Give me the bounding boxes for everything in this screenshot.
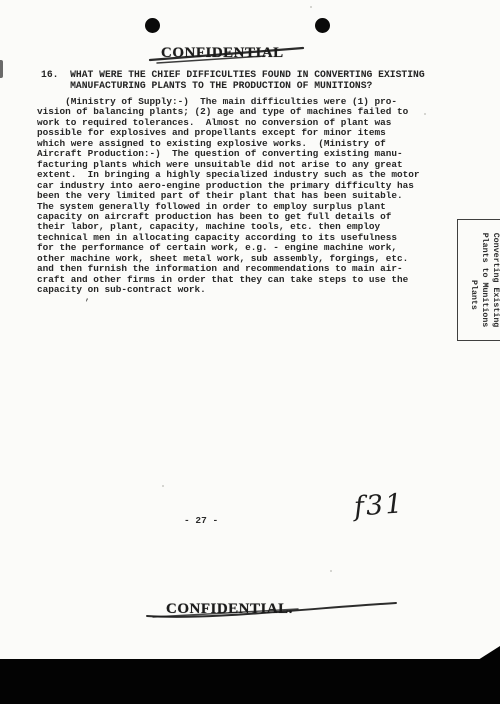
page-number: - 27 -: [184, 515, 218, 526]
hole-punch-right: [315, 18, 330, 33]
question-heading: 16. WHAT WERE THE CHIEF DIFFICULTIES FOU…: [41, 70, 425, 91]
scan-background-band: [0, 659, 500, 704]
ink-speck: [162, 485, 164, 487]
ink-speck: [330, 570, 332, 572]
page-corner-shadow: [478, 646, 500, 660]
scanned-document-page: CONFIDENTIAL 16. WHAT WERE THE CHIEF DIF…: [0, 0, 500, 704]
hole-punch-left: [145, 18, 160, 33]
index-tab: Converting Existing Plants to Munitions …: [457, 219, 500, 341]
scan-edge-mark: [0, 60, 3, 78]
stray-ink-mark: ’: [84, 299, 90, 310]
confidential-stamp-top: CONFIDENTIAL: [161, 45, 284, 62]
index-tab-label: Converting Existing Plants to Munitions …: [460, 221, 500, 339]
ink-speck: [424, 113, 426, 115]
answer-paragraph: (Ministry of Supply:-) The main difficul…: [37, 97, 420, 296]
ink-speck: [310, 6, 312, 8]
handwritten-folio-note: f31: [353, 488, 405, 522]
confidential-stamp-bottom: CONFIDENTIAL.: [166, 601, 293, 618]
